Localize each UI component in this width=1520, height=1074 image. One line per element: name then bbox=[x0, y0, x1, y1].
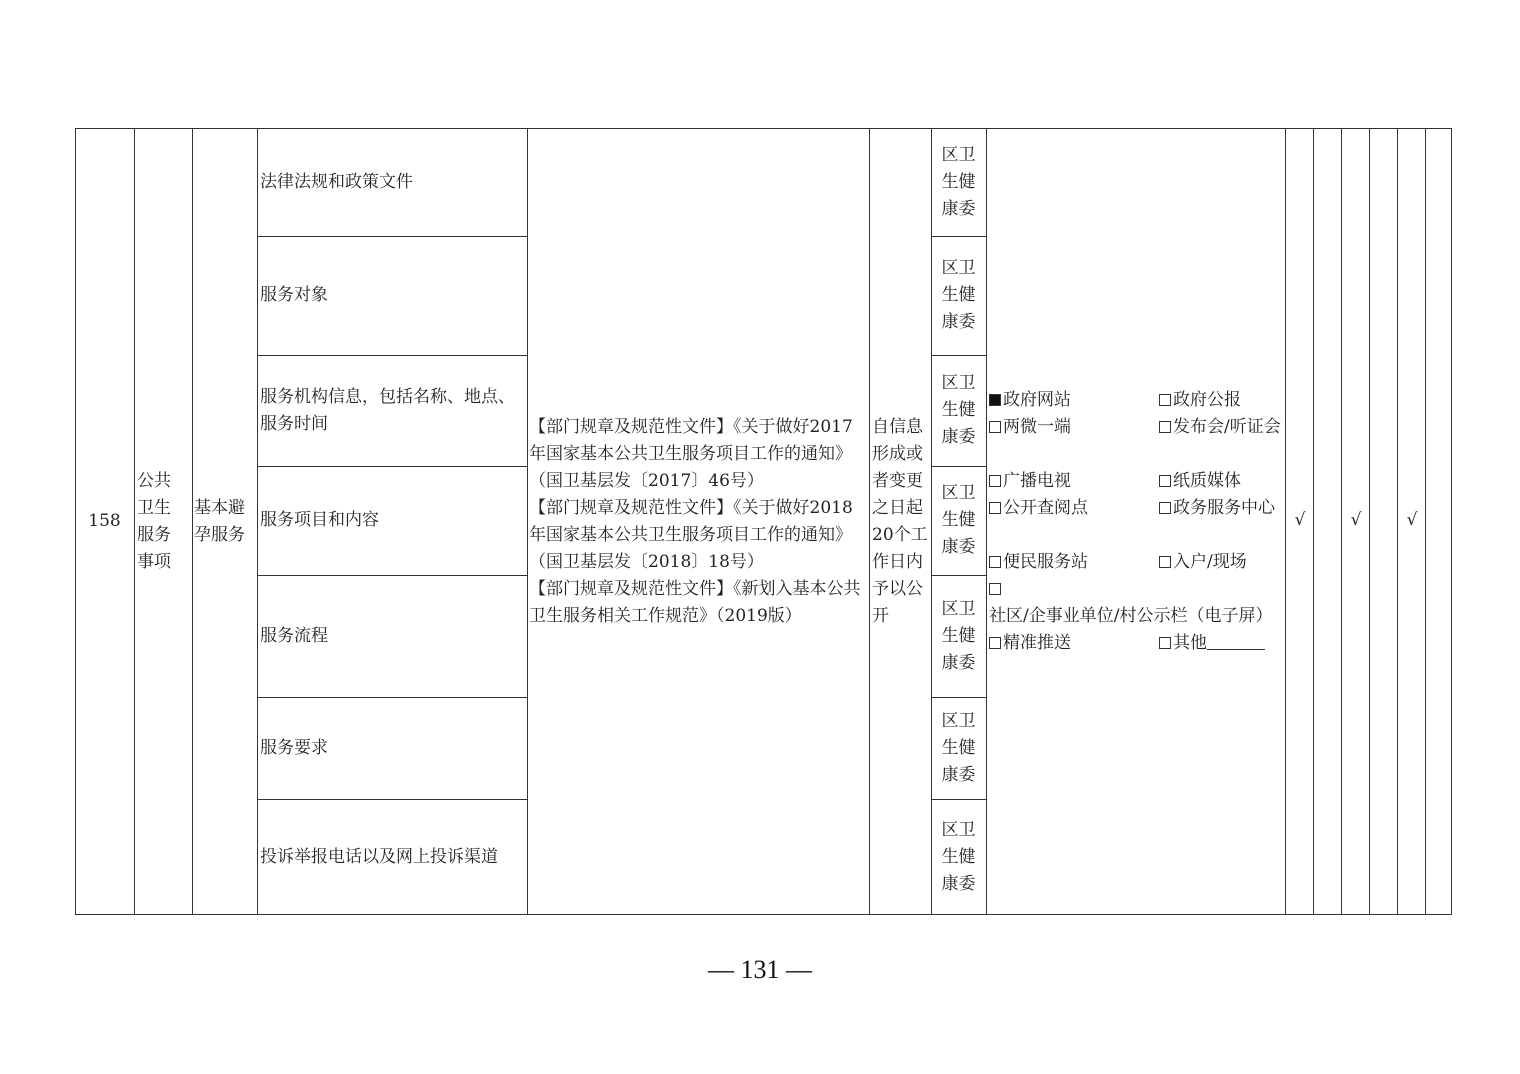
basis-cell: 【部门规章及规范性文件】《关于做好2017年国家基本公共卫生服务项目工作的通知》… bbox=[527, 128, 869, 915]
department-label: 区卫生健康委 bbox=[937, 255, 981, 336]
item-content: 服务要求 bbox=[260, 735, 328, 762]
item-cell: 服务要求 bbox=[257, 697, 527, 799]
serial-number-cell: 158 bbox=[75, 128, 134, 915]
department-cell: 区卫生健康委 bbox=[931, 128, 986, 236]
serial-number: 158 bbox=[88, 508, 120, 535]
channel-option[interactable]: 纸质媒体 bbox=[1159, 468, 1285, 495]
department-cell: 区卫生健康委 bbox=[931, 799, 986, 915]
checkbox-icon[interactable] bbox=[1159, 556, 1171, 568]
item-content: 法律法规和政策文件 bbox=[260, 169, 413, 196]
subcategory-cell: 基本避孕服务 bbox=[194, 128, 257, 915]
item-cell: 服务对象 bbox=[257, 236, 527, 355]
item-content: 服务对象 bbox=[260, 282, 328, 309]
basis-entry: 【部门规章及规范性文件】《关于做好2018年国家基本公共卫生服务项目工作的通知》… bbox=[529, 495, 869, 576]
basis-text: 【部门规章及规范性文件】《关于做好2017年国家基本公共卫生服务项目工作的通知》… bbox=[527, 414, 869, 630]
category-cell: 公共卫生服务事项 bbox=[137, 128, 192, 915]
department-cell: 区卫生健康委 bbox=[931, 697, 986, 799]
document-page: 158 公共卫生服务事项 基本避孕服务 法律法规和政策文件 服务对象 服务机构信… bbox=[0, 0, 1520, 1074]
timeline-cell: 自信息形成或者变更之日起20个工作日内予以公开 bbox=[870, 128, 931, 915]
channels-list: 政府网站 政府公报 两微一端 发布会/听证会 广播电视 纸质媒体 公开查阅点 政… bbox=[989, 387, 1285, 657]
channel-option[interactable]: 入户/现场 bbox=[1159, 549, 1285, 576]
checkbox-icon[interactable] bbox=[989, 556, 1001, 568]
check-mark-icon: √ bbox=[1398, 510, 1426, 530]
channel-option[interactable]: 其他 bbox=[1159, 630, 1285, 657]
department-cell: 区卫生健康委 bbox=[931, 575, 986, 697]
check-mark-icon: √ bbox=[1286, 510, 1314, 530]
checkbox-icon[interactable] bbox=[1159, 394, 1171, 406]
channel-option[interactable]: 便民服务站 bbox=[989, 549, 1159, 576]
col-divider bbox=[986, 129, 987, 914]
checkbox-icon[interactable] bbox=[989, 583, 1001, 595]
col-divider bbox=[192, 129, 193, 914]
item-cell: 服务项目和内容 bbox=[257, 466, 527, 575]
item-cell: 服务流程 bbox=[257, 575, 527, 697]
basis-entry: 【部门规章及规范性文件】《关于做好2017年国家基本公共卫生服务项目工作的通知》… bbox=[529, 414, 869, 495]
page-number: — 131 — bbox=[0, 955, 1520, 985]
checkbox-icon[interactable] bbox=[989, 475, 1001, 487]
channel-option[interactable]: 两微一端 bbox=[989, 414, 1159, 441]
department-label: 区卫生健康委 bbox=[937, 817, 981, 898]
channel-option[interactable]: 广播电视 bbox=[989, 468, 1159, 495]
department-label: 区卫生健康委 bbox=[937, 708, 981, 789]
col-divider bbox=[134, 129, 135, 914]
checkbox-icon[interactable] bbox=[1159, 421, 1171, 433]
channel-option[interactable]: 发布会/听证会 bbox=[1159, 414, 1285, 441]
checkbox-icon[interactable] bbox=[989, 502, 1001, 514]
department-label: 区卫生健康委 bbox=[937, 370, 981, 451]
basis-entry: 【部门规章及规范性文件】《新划入基本公共卫生服务相关工作规范》（2019版） bbox=[529, 576, 869, 630]
channel-option[interactable]: 政府网站 bbox=[989, 387, 1159, 414]
item-cell: 法律法规和政策文件 bbox=[257, 128, 527, 236]
checkbox-checked-icon[interactable] bbox=[989, 394, 1001, 406]
channel-option[interactable]: 公开查阅点 bbox=[989, 495, 1159, 522]
channel-option[interactable]: 政府公报 bbox=[1159, 387, 1285, 414]
channel-option[interactable]: 政务服务中心 bbox=[1159, 495, 1285, 522]
checkbox-icon[interactable] bbox=[1159, 475, 1171, 487]
category-label: 公共卫生服务事项 bbox=[137, 468, 177, 576]
channel-option[interactable]: 精准推送 bbox=[989, 630, 1159, 657]
department-label: 区卫生健康委 bbox=[937, 596, 981, 677]
department-label: 区卫生健康委 bbox=[937, 480, 981, 561]
timeline-text: 自信息形成或者变更之日起20个工作日内予以公开 bbox=[870, 414, 931, 630]
check-mark-icon: √ bbox=[1342, 510, 1370, 530]
department-label: 区卫生健康委 bbox=[937, 142, 981, 223]
department-cell: 区卫生健康委 bbox=[931, 355, 986, 466]
item-content: 服务机构信息，包括名称、地点、服务时间 bbox=[260, 384, 526, 438]
other-blank-line bbox=[1207, 635, 1265, 650]
channel-option[interactable]: 社区/企事业单位/村公示栏（电子屏） bbox=[989, 576, 1285, 630]
item-content: 投诉举报电话以及网上投诉渠道 bbox=[260, 844, 498, 871]
item-cell: 投诉举报电话以及网上投诉渠道 bbox=[257, 799, 527, 915]
subcategory-label: 基本避孕服务 bbox=[194, 495, 256, 549]
department-cell: 区卫生健康委 bbox=[931, 466, 986, 575]
checkbox-icon[interactable] bbox=[1159, 502, 1171, 514]
item-content: 服务项目和内容 bbox=[260, 507, 379, 534]
item-content: 服务流程 bbox=[260, 623, 328, 650]
department-cell: 区卫生健康委 bbox=[931, 236, 986, 355]
checkbox-icon[interactable] bbox=[989, 421, 1001, 433]
item-cell: 服务机构信息，包括名称、地点、服务时间 bbox=[257, 355, 527, 466]
checkbox-icon[interactable] bbox=[1159, 637, 1171, 649]
checkbox-icon[interactable] bbox=[989, 637, 1001, 649]
